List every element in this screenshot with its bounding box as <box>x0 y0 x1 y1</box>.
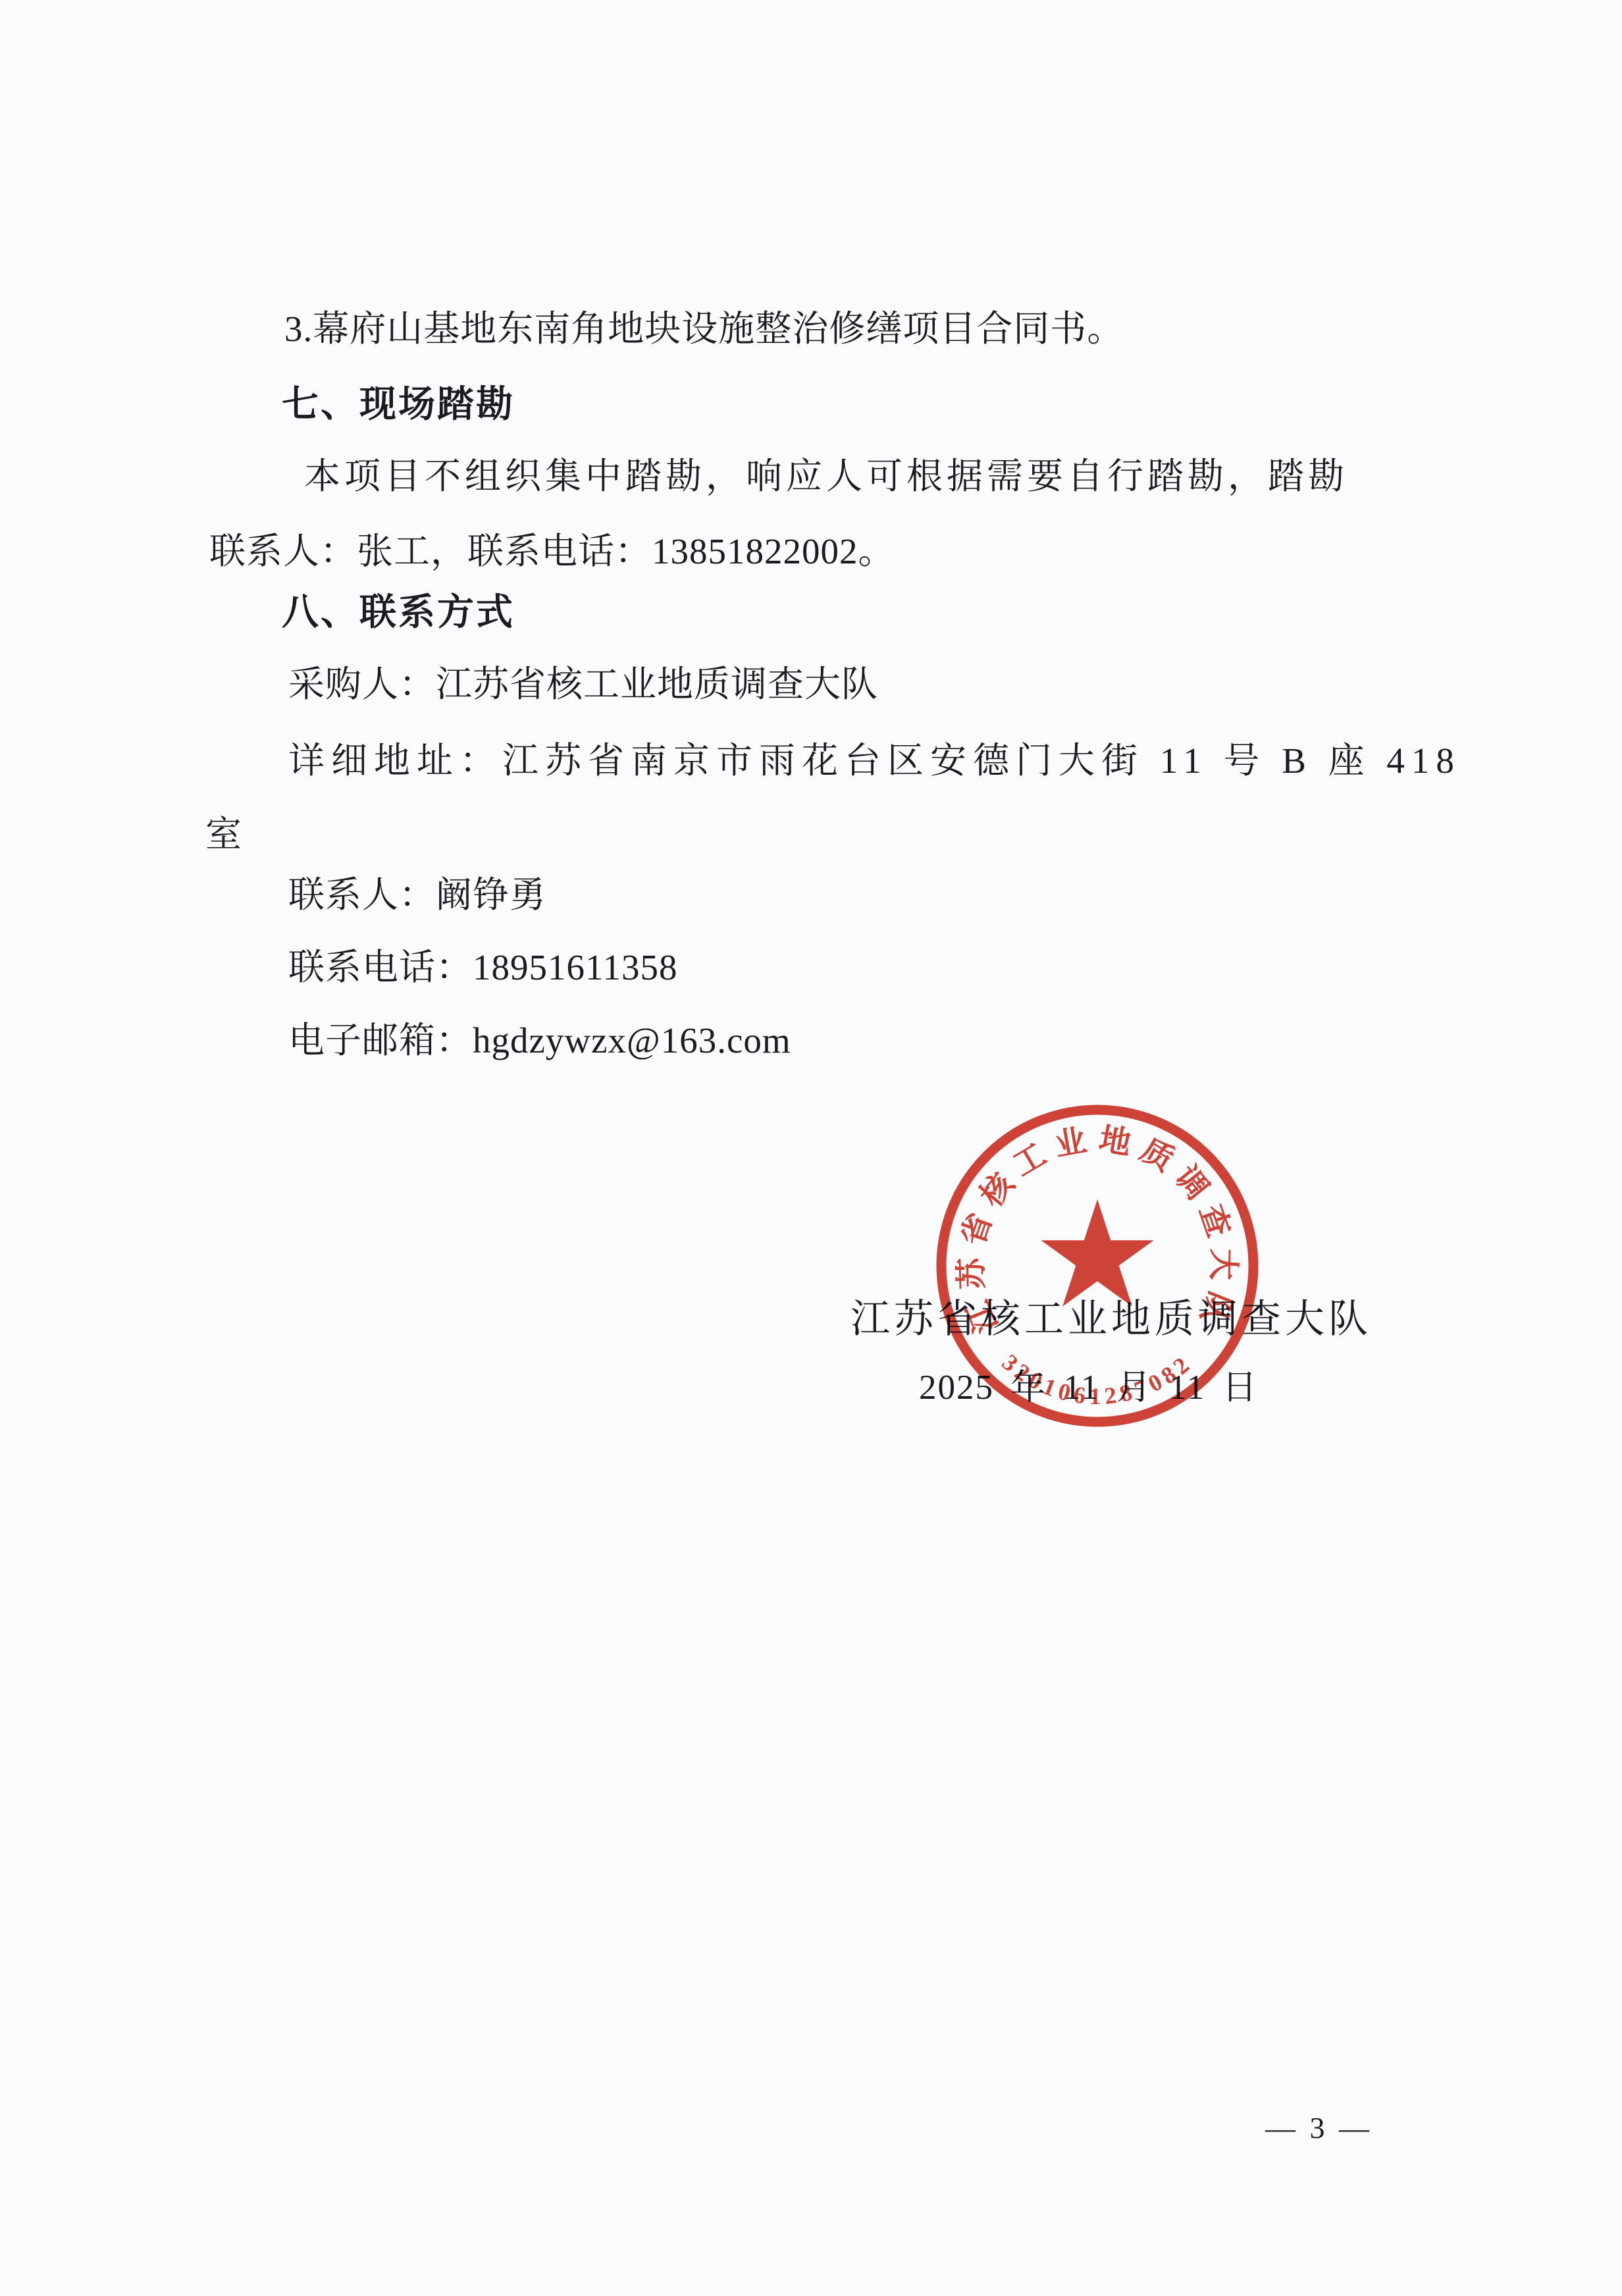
official-seal: 江苏省核工业地质调查大队 3201061287082 <box>926 1095 1269 1437</box>
doc-line-contract-item: 3.幕府山基地东南角地块设施整治修缮项目合同书。 <box>284 311 1124 347</box>
doc-line-contact-phone: 联系电话：18951611358 <box>288 949 677 985</box>
doc-line-survey-paragraph: 本项目不组织集中踏勘，响应人可根据需要自行踏勘，踏勘 <box>304 458 1348 494</box>
doc-line-address-cont: 室 <box>205 816 242 852</box>
section-heading-site-survey: 七、现场踏勘 <box>282 386 515 423</box>
doc-line-contact-email: 电子邮箱：hgdzywzx@163.com <box>288 1022 791 1058</box>
doc-line-survey-contact: 联系人：张工，联系电话：13851822002。 <box>209 533 895 569</box>
star-icon <box>1041 1199 1153 1307</box>
section-heading-contact-info: 八、联系方式 <box>282 594 515 631</box>
doc-line-contact-person: 联系人：阚铮勇 <box>288 877 546 913</box>
document-page: 3.幕府山基地东南角地块设施整治修缮项目合同书。 七、现场踏勘 本项目不组织集中… <box>0 0 1622 2296</box>
page-number: — 3 — <box>1265 2113 1373 2143</box>
doc-line-purchaser: 采购人：江苏省核工业地质调查大队 <box>288 666 878 702</box>
doc-line-address: 详细地址：江苏省南京市雨花台区安德门大街 11 号 B 座 418 <box>288 743 1461 779</box>
